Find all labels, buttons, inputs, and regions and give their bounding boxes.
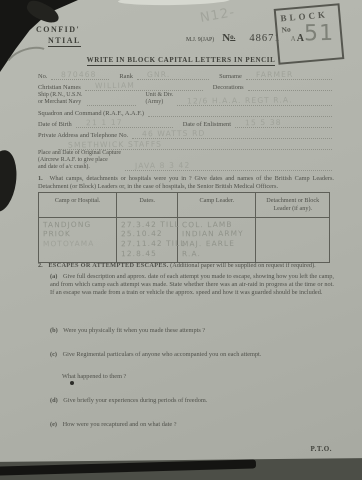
capture-line: JAVA 8 3 42	[125, 161, 332, 171]
scan-left-edge-artifact	[0, 148, 20, 214]
unit-value: 12/6 H.A.A. REGT R.A.	[187, 96, 293, 106]
address-line2: SMETHWICK STAFFS	[58, 140, 332, 150]
camp-column: TANDJONG PRIOK MOTOYAMA	[39, 218, 117, 262]
question-2b-text: Were you physically fit when you made th…	[63, 327, 205, 334]
confidential-stamp-line2: NTIAL	[48, 36, 81, 47]
scan-top-sliver-artifact	[118, 0, 230, 6]
question-2e: (e) How were you recaptured and on what …	[50, 421, 334, 429]
question-1-number: 1.	[38, 175, 43, 182]
dob-line: 21 1 17	[76, 118, 173, 128]
dob-label: Date of Birth	[38, 121, 72, 128]
col-header-dates: Dates.	[117, 193, 178, 217]
address-value-line2: SMETHWICK STAFFS	[68, 140, 162, 150]
question-2c: (c) Give Regimental particulars of anyon…	[50, 351, 334, 359]
question-2d-text: Give briefly your experiences during per…	[63, 397, 207, 404]
address-value-line1: 46 WATTS RD	[142, 129, 205, 139]
unit-label: Unit & Div. (Army)	[146, 92, 174, 106]
question-2c-followup-text: What happened to them ?	[62, 373, 126, 380]
christian-names-value: WILLIAM	[95, 81, 135, 90]
detachment-entry	[260, 219, 324, 220]
enlistment-label: Date of Enlistment	[183, 121, 231, 128]
row-no-rank-surname: No. 870468 Rank GNR. Surname FARMER	[38, 70, 332, 80]
rank-field-line: GNR.	[137, 70, 209, 80]
question-2c-followup: What happened to them ?	[62, 373, 334, 381]
enlistment-line: 15 5 38	[235, 118, 332, 128]
question-2b: (b) Were you physically fit when you mad…	[50, 327, 334, 335]
question-2d: (d) Give briefly your experiences during…	[50, 397, 334, 405]
col-header-detachment: Detachment or Block Leader (if any).	[256, 193, 329, 217]
camps-table: Camp or Hospital. Dates. Camp Leader. De…	[38, 192, 330, 263]
form-instruction-heading: WRITE IN BLOCK CAPITAL LETTERS IN PENCIL	[0, 56, 362, 64]
dates-column: 27.3.42 TILL 25.10.42 27.11.42 TILL 12.8…	[117, 218, 178, 262]
question-2a: (a) Give full description and approx. da…	[50, 273, 334, 298]
christian-names-line: WILLIAM	[85, 81, 203, 91]
scanned-form-page: CONFID' NTIAL M.J. 9(JAP) No. 48671 A A …	[0, 0, 362, 480]
row-capture: Place and Date of Original Capture (Airc…	[38, 150, 332, 171]
row-squadron: Squadron and Command (R.A.F., A.A.F.)	[38, 108, 332, 117]
date-entry: 12.8.45	[121, 249, 173, 259]
question-2b-label: (b)	[50, 327, 58, 334]
question-2c-text: Give Regimental particulars of anyone wh…	[63, 351, 262, 358]
address-label: Private Address and Telephone No.	[38, 132, 128, 139]
camp-entry: MOTOYAMA	[43, 239, 112, 250]
squadron-label: Squadron and Command (R.A.F., A.A.F.)	[38, 110, 144, 117]
squadron-line	[148, 108, 332, 117]
ink-blot	[70, 381, 74, 385]
row-dob-enlistment: Date of Birth 21 1 17 Date of Enlistment…	[38, 118, 332, 128]
question-2-note: (Additional paper will be supplied on re…	[170, 262, 316, 269]
leader-entry: R.A.	[182, 249, 251, 260]
question-1-text: What camps, detachments or hospitals wer…	[38, 175, 334, 190]
row-ship-unit: Ship (R.N., U.S.N. or Merchant Navy Unit…	[38, 92, 332, 106]
decorations-label: Decorations	[213, 84, 244, 91]
no-field-line: 870468	[51, 70, 109, 80]
surname-field-value: FARMER	[256, 70, 293, 79]
question-2a-label: (a)	[50, 273, 57, 280]
question-2a-text: Give full description and approx. date o…	[50, 273, 334, 296]
no-label: No.	[222, 32, 235, 44]
rank-field-value: GNR.	[147, 70, 170, 79]
question-2e-text: How were you recaptured and on what date…	[63, 421, 177, 428]
row-address-2: SMETHWICK STAFFS	[38, 140, 332, 150]
detachment-column	[256, 218, 329, 262]
question-2c-label: (c)	[50, 351, 57, 358]
ship-line	[87, 97, 136, 106]
unit-line: 12/6 H.A.A. REGT R.A.	[177, 96, 332, 106]
camps-table-body: TANDJONG PRIOK MOTOYAMA 27.3.42 TILL 25.…	[39, 218, 329, 262]
question-2-title: ESCAPES OR ATTEMPTED ESCAPES.	[48, 262, 168, 269]
no-field-value: 870468	[61, 70, 97, 79]
question-2-heading: 2. ESCAPES OR ATTEMPTED ESCAPES. (Additi…	[38, 262, 334, 270]
decorations-line	[248, 82, 332, 91]
col-header-leader: Camp Leader.	[178, 193, 256, 217]
no-field-label: No.	[38, 73, 47, 80]
camps-table-header: Camp or Hospital. Dates. Camp Leader. De…	[39, 193, 329, 218]
surname-field-line: FARMER	[246, 70, 332, 80]
ship-label: Ship (R.N., U.S.N. or Merchant Navy	[38, 92, 83, 106]
dob-value: 21 1 17	[86, 118, 123, 127]
question-2e-label: (e)	[50, 421, 57, 428]
capture-label: Place and Date of Original Capture (Airc…	[38, 150, 121, 171]
confidential-stamp-line1: CONFID'	[36, 25, 80, 34]
pencil-annotation: N12-	[199, 5, 236, 26]
question-1: 1. What camps, detachments or hospitals …	[38, 175, 334, 191]
form-code: M.J. 9(JAP)	[186, 37, 214, 43]
row-names-decorations: Christian Names WILLIAM Decorations	[38, 81, 332, 91]
question-2-number: 2.	[38, 262, 43, 269]
col-header-camp: Camp or Hospital.	[39, 193, 117, 217]
surname-field-label: Surname	[219, 73, 242, 80]
capture-value: JAVA 8 3 42	[135, 161, 190, 171]
enlistment-value: 15 5 38	[245, 118, 282, 127]
confidential-stamp: CONFID' NTIAL	[36, 25, 81, 47]
row-address: Private Address and Telephone No. 46 WAT…	[38, 129, 332, 139]
address-line1: 46 WATTS RD	[132, 129, 332, 139]
question-2d-label: (d)	[50, 397, 58, 404]
block-stamp-number: 51	[304, 21, 335, 47]
pto-note: P.T.O.	[311, 445, 332, 453]
christian-names-label: Christian Names	[38, 84, 81, 91]
leader-column: COL. LAMB INDIAN ARMY MAJ. EARLE R.A.	[178, 218, 256, 262]
rank-field-label: Rank	[119, 73, 133, 80]
